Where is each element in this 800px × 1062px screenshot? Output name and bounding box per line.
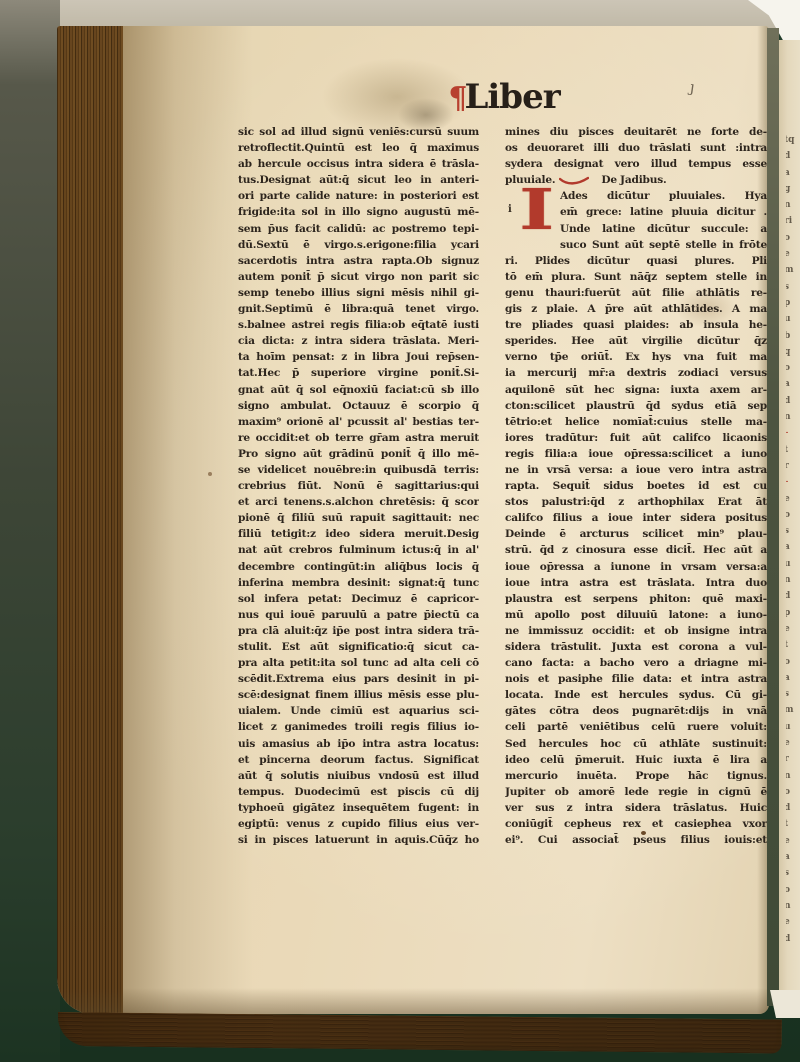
text-line: sacerdotis intra astra rapta.Ob signuz xyxy=(238,253,479,269)
text-line: tat.Hec p̄ superiore virgine ponit̄.Si- xyxy=(238,365,479,381)
text-fragment: d xyxy=(786,800,799,816)
text-fragment: d xyxy=(786,148,799,164)
text-line: tō em̄ plura. Sunt nāq̄z septem stelle i… xyxy=(505,269,767,285)
text-line: gnat aūt q̄ sol eq̄noxiū faciat:cū sb il… xyxy=(238,382,479,398)
text-fragment: d xyxy=(786,931,799,947)
text-fragment: u xyxy=(786,311,799,327)
text-line: si in pisces latuerunt in aquis.Cūq̄z ho xyxy=(238,832,479,848)
text-fragment: n xyxy=(786,197,799,213)
text-fragment: ri xyxy=(786,213,799,229)
gutter-shadow xyxy=(123,26,253,1014)
text-line: tētrio:et helice nomīat̄:cuius stelle ma… xyxy=(505,414,767,430)
gutter-page-edges xyxy=(57,26,123,1014)
text-line: stos palustri:q̄d z arthophilax Erat āt xyxy=(505,494,767,510)
text-fragment: n xyxy=(786,409,799,425)
text-line: ioue intra astra est trāslata. Intra duo xyxy=(505,575,767,591)
text-fragment: e xyxy=(786,914,799,930)
text-line: crebrius fiūt. Nonū ē sagittarius:qui xyxy=(238,478,479,494)
text-fragment: r xyxy=(786,751,799,767)
text-line: uis amasius ab ip̄o intra astra locatus: xyxy=(238,736,479,752)
text-fragment: n xyxy=(786,572,799,588)
text-line: plaustra est serpens phiton: quē maxi- xyxy=(505,591,767,607)
text-line: ori parte calide nature: in posteriori e… xyxy=(238,188,479,204)
text-line: egiptū: venus z cupido filius eius ver- xyxy=(238,816,479,832)
text-line: mū apollo post diluuiū latone: a iuno- xyxy=(505,607,767,623)
text-line: coniūgit̄ cepheus rex et casiephea vxor xyxy=(505,816,767,832)
text-fragment: u xyxy=(786,719,799,735)
text-line: sydera designat vero illud tempus esse xyxy=(505,156,767,172)
text-line: pionē q̄ filiū suū rapuit sagittauit: ne… xyxy=(238,510,479,526)
text-fragment: r xyxy=(786,458,799,474)
text-line: aūt q̄ solutis niuibus vndosū est illud xyxy=(238,768,479,784)
text-line: Ades dicūtur pluuiales. Hya xyxy=(560,188,767,204)
ink-spot xyxy=(208,472,212,476)
text-line: ideo celū p̄meruit. Huic iuxta ē lira a xyxy=(505,752,767,768)
text-line: inferina membra desinit: signat:q̄ tunc xyxy=(238,575,479,591)
text-line: re occidit:et ob terre gr̄am astra merui… xyxy=(238,430,479,446)
text-line: strū. q̄d z cinosura esse dicit̄. Hec aū… xyxy=(505,542,767,558)
text-fragment: – xyxy=(786,425,799,441)
text-fragment: s xyxy=(786,523,799,539)
text-fragment: e xyxy=(786,621,799,637)
text-line: ab hercule occisus intra sidera ē trāsla… xyxy=(238,156,479,172)
text-line: nat aūt crebros fulminum ictus:q̄ in al' xyxy=(238,542,479,558)
text-line: suco Sunt aūt septē stelle in frōte thau xyxy=(560,237,767,253)
page-bottom-shade xyxy=(57,988,769,1014)
text-line: iores tradūtur: fuit aūt califco licaoni… xyxy=(505,430,767,446)
text-line: Jupiter ob amorē lede regie in cignū ē xyxy=(505,784,767,800)
text-line: signo ambulat. Octauuz ē scorpio q̄ xyxy=(238,398,479,414)
text-line: mines diu pisces deuitarēt ne forte de- xyxy=(505,124,767,140)
text-line: gnit.Septimū ē libra:quā tenet virgo. xyxy=(238,301,479,317)
text-line: autem ponit̄ p̄ sicut virgo non parit si… xyxy=(238,269,479,285)
text-line: pra alta petit:ita sol tunc ad alta celi… xyxy=(238,655,479,671)
text-line: os deuoraret illi duo trāslati sunt :int… xyxy=(505,140,767,156)
text-fragment: s xyxy=(786,865,799,881)
text-fragment: tq xyxy=(786,132,799,148)
text-line: tus.Designat aūt:q̄ sicut leo in anteri- xyxy=(238,172,479,188)
next-leaf-text-fragments: tqdagnrioemspubqoadn–tr–eosaundpetoasmue… xyxy=(786,132,799,947)
next-leaf-fore-edge: tqdagnrioemspubqoadn–tr–eosaundpetoasmue… xyxy=(779,40,800,992)
text-line: stulit. Est aūt significatio:q̄ sicut ca… xyxy=(238,639,479,655)
text-fragment: b xyxy=(786,328,799,344)
right-column-body-lines: Ades dicūtur pluuiales. Hyaem̄ grece: la… xyxy=(505,188,767,848)
text-fragment: t xyxy=(786,816,799,832)
text-line: ne immissuz occidit: et ob insigne intra xyxy=(505,623,767,639)
text-fragment: a xyxy=(786,165,799,181)
right-column-top-lines: mines diu pisces deuitarēt ne forte de-o… xyxy=(505,124,767,172)
text-line: celi partē veniētibus celū ruere voluit: xyxy=(505,719,767,735)
text-line: verno tp̄e oriūt̄. Ex hys vna fuit ma xyxy=(505,349,767,365)
text-line: mercurio inuēta. Prope hāc tignus. xyxy=(505,768,767,784)
text-fragment: s xyxy=(786,686,799,702)
text-fragment: d xyxy=(786,393,799,409)
text-line: tempus. Duodecimū est piscis cū dij xyxy=(238,784,479,800)
text-fragment: m xyxy=(786,262,799,278)
text-line: genu thauri:fuerūt aūt filie athlātis re… xyxy=(505,285,767,301)
text-fragment: n xyxy=(786,898,799,914)
initial-guide-letter: i xyxy=(508,202,512,218)
text-line: s.balnee astrei regis filia:ob eq̄tatē i… xyxy=(238,317,479,333)
text-line: semp tenebo illius signi mēsis nihil gi- xyxy=(238,285,479,301)
text-line: ioue op̄ressa a iunone in vrsam versa:a xyxy=(505,559,767,575)
text-line: em̄ grece: latine pluuia dicitur . xyxy=(560,204,767,220)
next-leaf-bottom-corner xyxy=(770,990,800,1018)
text-fragment: o xyxy=(786,784,799,800)
text-fragment: o xyxy=(786,360,799,376)
text-line: filiū tetigit:z ideo sidera meruit.Desig xyxy=(238,526,479,542)
backdrop-left-edge xyxy=(0,0,60,1062)
right-column-body: i I Ades dicūtur pluuiales. Hyaem̄ grece… xyxy=(505,188,767,848)
text-fragment: s xyxy=(786,279,799,295)
text-line: rapta. Sequit̄ sidus boetes id est cu xyxy=(505,478,767,494)
text-line: maxim⁹ orionē al' pcussit al' bestias te… xyxy=(238,414,479,430)
text-line: decembre contingūt:in aliq̄bus locis q̄ xyxy=(238,559,479,575)
text-line: tre pliades quasi plaides: ab insula he- xyxy=(505,317,767,333)
text-line: gātes cōtra deos pugnarēt:dijs in vnā xyxy=(505,703,767,719)
left-text-column: sic sol ad illud signū veniēs:cursū suum… xyxy=(238,124,479,848)
text-fragment: n xyxy=(786,768,799,784)
text-line: pra clā aluit:q̄z ip̄e post intra sidera… xyxy=(238,623,479,639)
text-fragment: a xyxy=(786,539,799,555)
text-line: dū.Sextū ē virgo.s.erigone:filia ycari xyxy=(238,237,479,253)
text-line: sem p̄us facit calidū: ac postremo tepi- xyxy=(238,221,479,237)
rubricated-initial-I: I xyxy=(519,183,554,237)
text-fragment: t xyxy=(786,442,799,458)
text-line: cano facta: a bacho vero a driagne mi- xyxy=(505,655,767,671)
book-block-bottom-edge xyxy=(58,1012,782,1054)
text-fragment: e xyxy=(786,735,799,751)
text-line: licet z ganimedes troili regis filius io… xyxy=(238,719,479,735)
text-line: aquilonē sūt hec signa: iuxta axem ar- xyxy=(505,382,767,398)
text-line: sidera trāstulit. Juxta est corona a vul… xyxy=(505,639,767,655)
text-line: cton:scilicet plaustrū q̄d sydus etiā se… xyxy=(505,398,767,414)
text-fragment: e xyxy=(786,833,799,849)
text-line: et pincerna deorum factus. Significat xyxy=(238,752,479,768)
running-title-text: Liber xyxy=(464,77,559,117)
text-fragment: o xyxy=(786,507,799,523)
leaf-gap-shadow xyxy=(767,28,779,1006)
text-fragment: p xyxy=(786,605,799,621)
text-line: regis filia:a ioue op̄ressa:scilicet a i… xyxy=(505,446,767,462)
text-line: cia dicta: z intra sidera trāslata. Meri… xyxy=(238,333,479,349)
running-title: ¶Liber xyxy=(238,78,770,118)
book-scan: ȷ ¶Liber sic sol ad illud signū veniēs:c… xyxy=(0,0,800,1062)
text-fragment: g xyxy=(786,181,799,197)
text-line: Unde latine dicūtur succule: a xyxy=(560,221,767,237)
text-line: ne in vrsā versa: a ioue vero intra astr… xyxy=(505,462,767,478)
text-line: typhoeū gigātez insequētem fugent: in xyxy=(238,800,479,816)
red-flourish-mark xyxy=(559,175,589,185)
text-line: uialem. Unde cimiū est aquarius sci- xyxy=(238,703,479,719)
text-line: locata. Inde est hercules sydus. Cū gi- xyxy=(505,687,767,703)
text-line: ta hoīm pensat: z in libra Joui rep̄sen- xyxy=(238,349,479,365)
text-line: sic sol ad illud signū veniēs:cursū suum xyxy=(238,124,479,140)
text-line: ver sus z intra sidera trāslatus. Huic xyxy=(505,800,767,816)
text-line: sperides. Hee aūt virgilie dicūtur q̄z xyxy=(505,333,767,349)
text-fragment: a xyxy=(786,670,799,686)
chapter-heading: De Jadibus. xyxy=(601,172,666,188)
text-fragment: o xyxy=(786,882,799,898)
text-fragment: m xyxy=(786,702,799,718)
text-line: sol infera petat: Decimuz ē capricor- xyxy=(238,591,479,607)
text-line: nus qui iouē paruulū a patre p̄iectū ca xyxy=(238,607,479,623)
text-line: frigide:ita sol in illo signo augustū mē… xyxy=(238,204,479,220)
text-fragment: a xyxy=(786,376,799,392)
text-fragment: u xyxy=(786,556,799,572)
text-line: nois et pasiphe filie data: et intra ast… xyxy=(505,671,767,687)
text-fragment: q xyxy=(786,344,799,360)
text-line: ri. Plides dicūtur quasi plures. Pli xyxy=(505,253,767,269)
text-line: scē:designat finem illius mēsis esse plu… xyxy=(238,687,479,703)
text-fragment: o xyxy=(786,654,799,670)
text-line: Pro signo aūt grādinū ponit̄ q̄ illo mē- xyxy=(238,446,479,462)
text-line: Deinde ē arcturus scilicet min⁹ plau- xyxy=(505,526,767,542)
text-line: ia mercurij mr̄:a dextris zodiaci versus xyxy=(505,365,767,381)
text-fragment: e xyxy=(786,491,799,507)
text-line: Sed hercules hoc cū athlāte sustinuit: xyxy=(505,736,767,752)
text-line: califco filius a ioue inter sidera posit… xyxy=(505,510,767,526)
text-fragment: – xyxy=(786,474,799,490)
text-fragment: t xyxy=(786,637,799,653)
text-fragment: e xyxy=(786,246,799,262)
right-text-column: mines diu pisces deuitarēt ne forte de-o… xyxy=(505,124,767,848)
text-line: scēdit.Extrema eius pars desinit in pi- xyxy=(238,671,479,687)
left-column-lines: sic sol ad illud signū veniēs:cursū suum… xyxy=(238,124,479,848)
text-fragment: a xyxy=(786,849,799,865)
text-line: gis z plaie. A p̄re aūt athlātides. A ma xyxy=(505,301,767,317)
text-line: se videlicet nouēbre:in quibusdā terris: xyxy=(238,462,479,478)
text-line: retroflectit.Quintū est leo q̄ maximus xyxy=(238,140,479,156)
text-fragment: o xyxy=(786,230,799,246)
text-line: et arci tenens.s.alchon chretēsis: q̄ sc… xyxy=(238,494,479,510)
text-line: ei⁹. Cui associat̄ pseus filius iouis:et xyxy=(505,832,767,848)
text-fragment: p xyxy=(786,295,799,311)
rubricated-initial-block: i I xyxy=(505,189,555,237)
text-fragment: d xyxy=(786,588,799,604)
